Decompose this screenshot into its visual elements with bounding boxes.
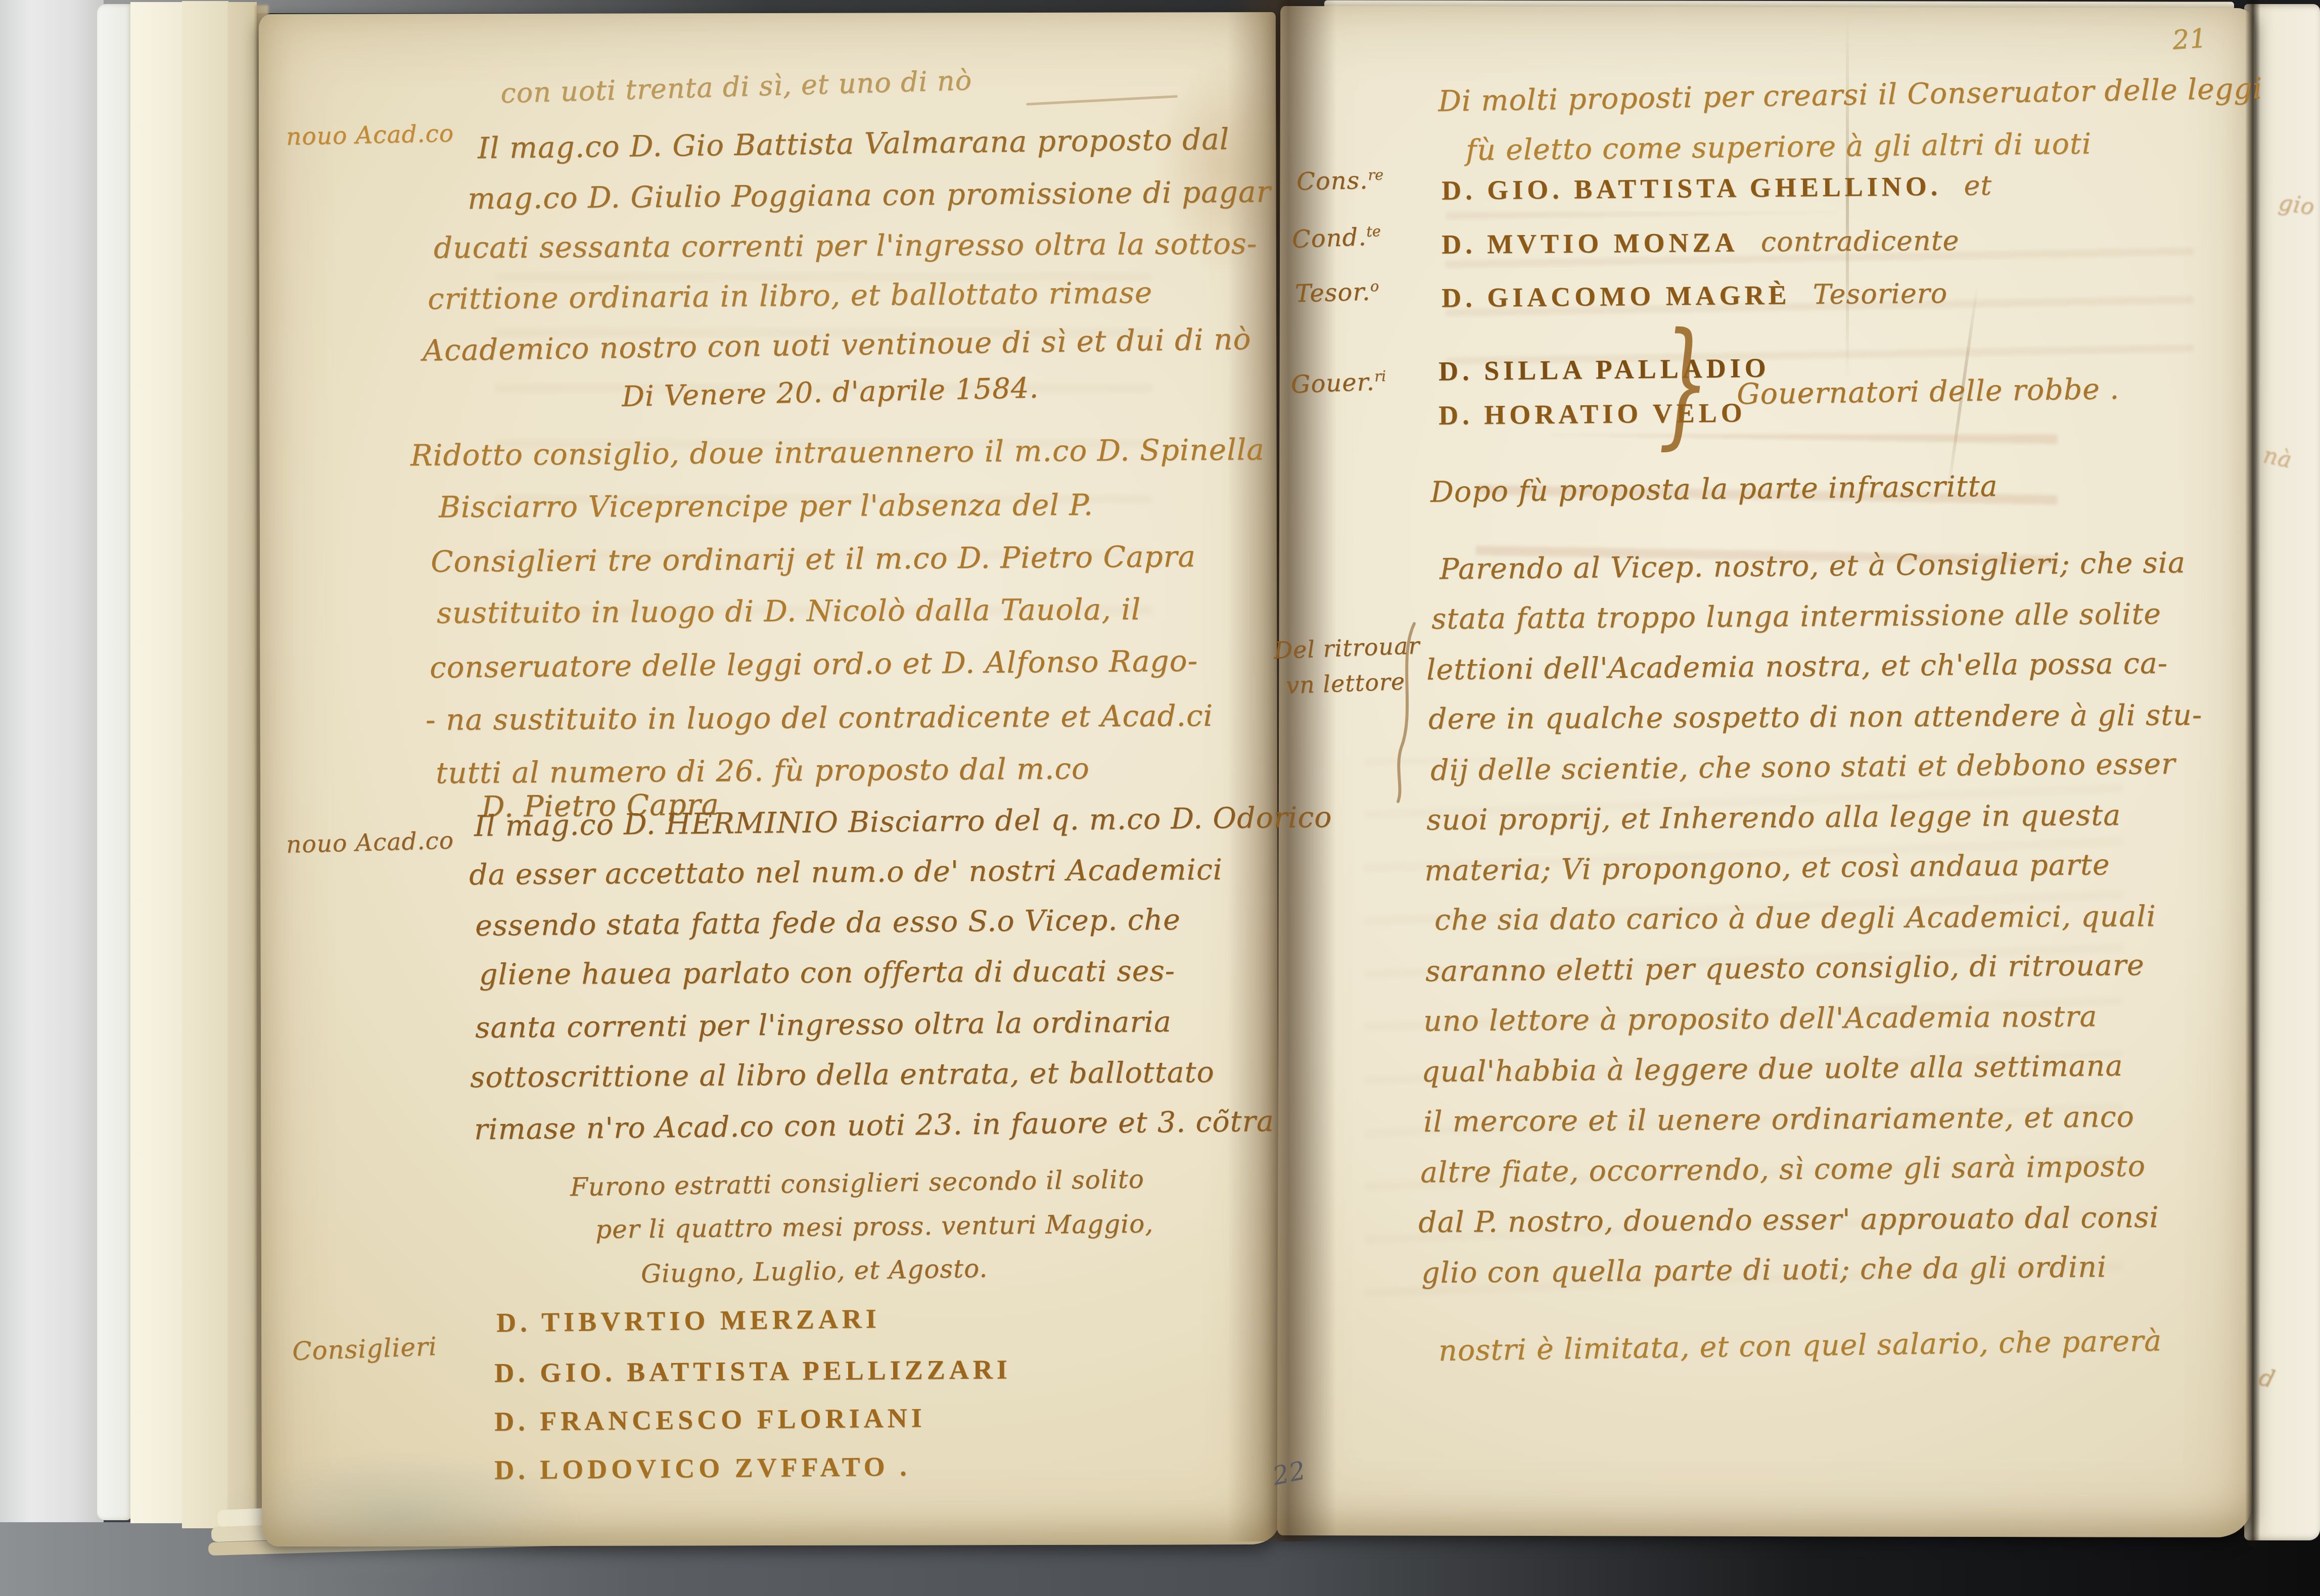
- margin-label-sup: re: [1368, 166, 1383, 184]
- manuscript-line: qual'habbia à leggere due uolte alla set…: [1421, 1049, 2123, 1089]
- margin-label-base: Cons.: [1296, 166, 1368, 196]
- councillor-name: D. FRANCESCO FLORIANI: [494, 1402, 926, 1437]
- endpaper-edge: [130, 2, 183, 1523]
- manuscript-line: dij delle scientie, che sono stati et de…: [1430, 747, 2176, 787]
- margin-label-sup: ri: [1374, 367, 1386, 385]
- official-name: D. SILLA PALLADIO: [1439, 352, 1770, 387]
- scanner-bed-left: [0, 0, 104, 1596]
- manuscript-line: ducati sessanta correnti per l'ingresso …: [434, 226, 1258, 265]
- margin-label-base: Gouer.: [1290, 368, 1375, 399]
- manuscript-line: conseruatore delle leggi ord.o et D. Alf…: [430, 643, 1198, 684]
- fore-edge-crevice: [2245, 0, 2260, 1546]
- manuscript-line: suoi proprij, et Inherendo alla legge in…: [1426, 799, 2121, 837]
- margin-label-base: Tesor.: [1294, 277, 1371, 308]
- margin-label-consigliere: Cons.re: [1296, 166, 1384, 196]
- official-note: Tesoriero: [1813, 277, 1947, 310]
- book-board-edge: [97, 4, 131, 1520]
- manuscript-line: Bisciarro Viceprencipe per l'absenza del…: [439, 488, 1093, 525]
- manuscript-line: sustituito in luogo di D. Nicolò dalla T…: [437, 592, 1141, 630]
- manuscript-line: materia; Vi propongono, et così andaua p…: [1424, 848, 2110, 887]
- manuscript-line: Giugno, Luglio, et Agosto.: [641, 1254, 988, 1289]
- margin-label-governatori: Gouer.ri: [1290, 367, 1386, 399]
- fore-edge-fragment: gio: [2277, 190, 2316, 220]
- endpaper-edge: [227, 2, 257, 1533]
- councillor-name: D. TIBVRTIO MERZARI: [496, 1303, 880, 1338]
- manuscript-line: Ridotto consiglio, doue intrauennero il …: [410, 432, 1265, 473]
- margin-label-sup: o: [1370, 277, 1379, 295]
- manuscript-line: per li quattro mesi pross. venturi Maggi…: [595, 1209, 1154, 1244]
- margin-note-lecturer: vn lettore: [1285, 668, 1406, 699]
- proposal-line: Dopo fù proposta la parte infrascritta: [1430, 470, 1998, 509]
- councillor-name: D. LODOVICO ZVFFATO .: [494, 1450, 911, 1485]
- governors-caption: Gouernatori delle robbe .: [1737, 372, 2120, 411]
- manuscript-line: saranno eletti per questo consiglio, di …: [1425, 949, 2145, 988]
- brace-glyph: }: [1658, 304, 1710, 463]
- manuscript-line: - na sustituito in luogo del contradicen…: [426, 698, 1213, 737]
- manuscript-line: lettioni dell'Academia nostra, et ch'ell…: [1426, 647, 2168, 687]
- margin-label-sup: te: [1366, 222, 1381, 240]
- manuscript-line: glio con quella parte di uoti; che da gl…: [1421, 1250, 2107, 1290]
- endpaper-edge: [182, 1, 228, 1528]
- manuscript-line: tutti al numero di 26. fù proposto dal m…: [436, 751, 1090, 790]
- manuscript-line: Consiglieri tre ordinarij et il m.co D. …: [431, 539, 1196, 579]
- manuscript-line: altre fiate, occorrendo, sì come gli sar…: [1420, 1150, 2146, 1190]
- manuscript-line: mag.co D. Giulio Poggiana con promission…: [468, 174, 1271, 216]
- manuscript-line: fù eletto come superiore à gli altri di …: [1466, 127, 2092, 167]
- manuscript-line: Parendo al Vicep. nostro, et à Consiglie…: [1440, 546, 2186, 586]
- manuscript-line: stata fatta troppo lunga intermissione a…: [1431, 597, 2161, 636]
- official-name: D. GIACOMO MAGRÈ: [1442, 279, 1791, 313]
- manuscript-line: uno lettore à proposito dell'Academia no…: [1423, 1000, 2098, 1038]
- manuscript-line: dal P. nostro, douendo esser' approuato …: [1418, 1201, 2159, 1239]
- manuscript-line: gliene hauea parlato con offerta di duca…: [479, 954, 1175, 991]
- margin-label-base: Cond.: [1291, 223, 1367, 254]
- margin-note-new-academic: nouo Acad.co: [286, 827, 454, 859]
- manuscript-scan: con uoti trenta di sì, et uno di nò nouo…: [0, 0, 2320, 1596]
- councillor-name: D. GIO. BATTISTA PELLIZZARI: [494, 1353, 1011, 1388]
- official-row: D. GIO. BATTISTA GHELLINO. et: [1442, 169, 1992, 206]
- manuscript-line: essendo stata fatta fede da esso S.o Vic…: [475, 903, 1181, 943]
- manuscript-line: che sia dato carico à due degli Academic…: [1434, 900, 2156, 936]
- folio-number: 21: [2171, 23, 2208, 56]
- margin-flourish: [1393, 622, 1423, 804]
- official-note: contradicente: [1760, 224, 1959, 258]
- manuscript-line: santa correnti per l'ingresso oltra la o…: [475, 1005, 1172, 1045]
- official-name: D. MVTIO MONZA: [1442, 227, 1739, 259]
- manuscript-line: dere in qualche sospetto di non attender…: [1428, 698, 2202, 736]
- margin-label-tesoriero: Tesor.o: [1294, 277, 1379, 308]
- manuscript-line: da esser accettato nel num.o de' nostri …: [469, 853, 1223, 891]
- manuscript-line: crittione ordinaria in libro, et ballott…: [428, 275, 1153, 316]
- official-name: D. GIO. BATTISTA GHELLINO.: [1442, 171, 1942, 206]
- official-row: D. MVTIO MONZA contradicente: [1442, 224, 1960, 260]
- manuscript-line: il mercore et il uenere ordinariamente, …: [1423, 1100, 2135, 1139]
- margin-note-new-academic: nouo Acad.co: [286, 120, 454, 151]
- official-note: et: [1964, 169, 1992, 201]
- manuscript-line: sottoscrittione al libro della entrata, …: [470, 1056, 1215, 1094]
- margin-note-councillors: Consiglieri: [292, 1332, 438, 1366]
- margin-label-contradicente: Cond.te: [1291, 222, 1381, 254]
